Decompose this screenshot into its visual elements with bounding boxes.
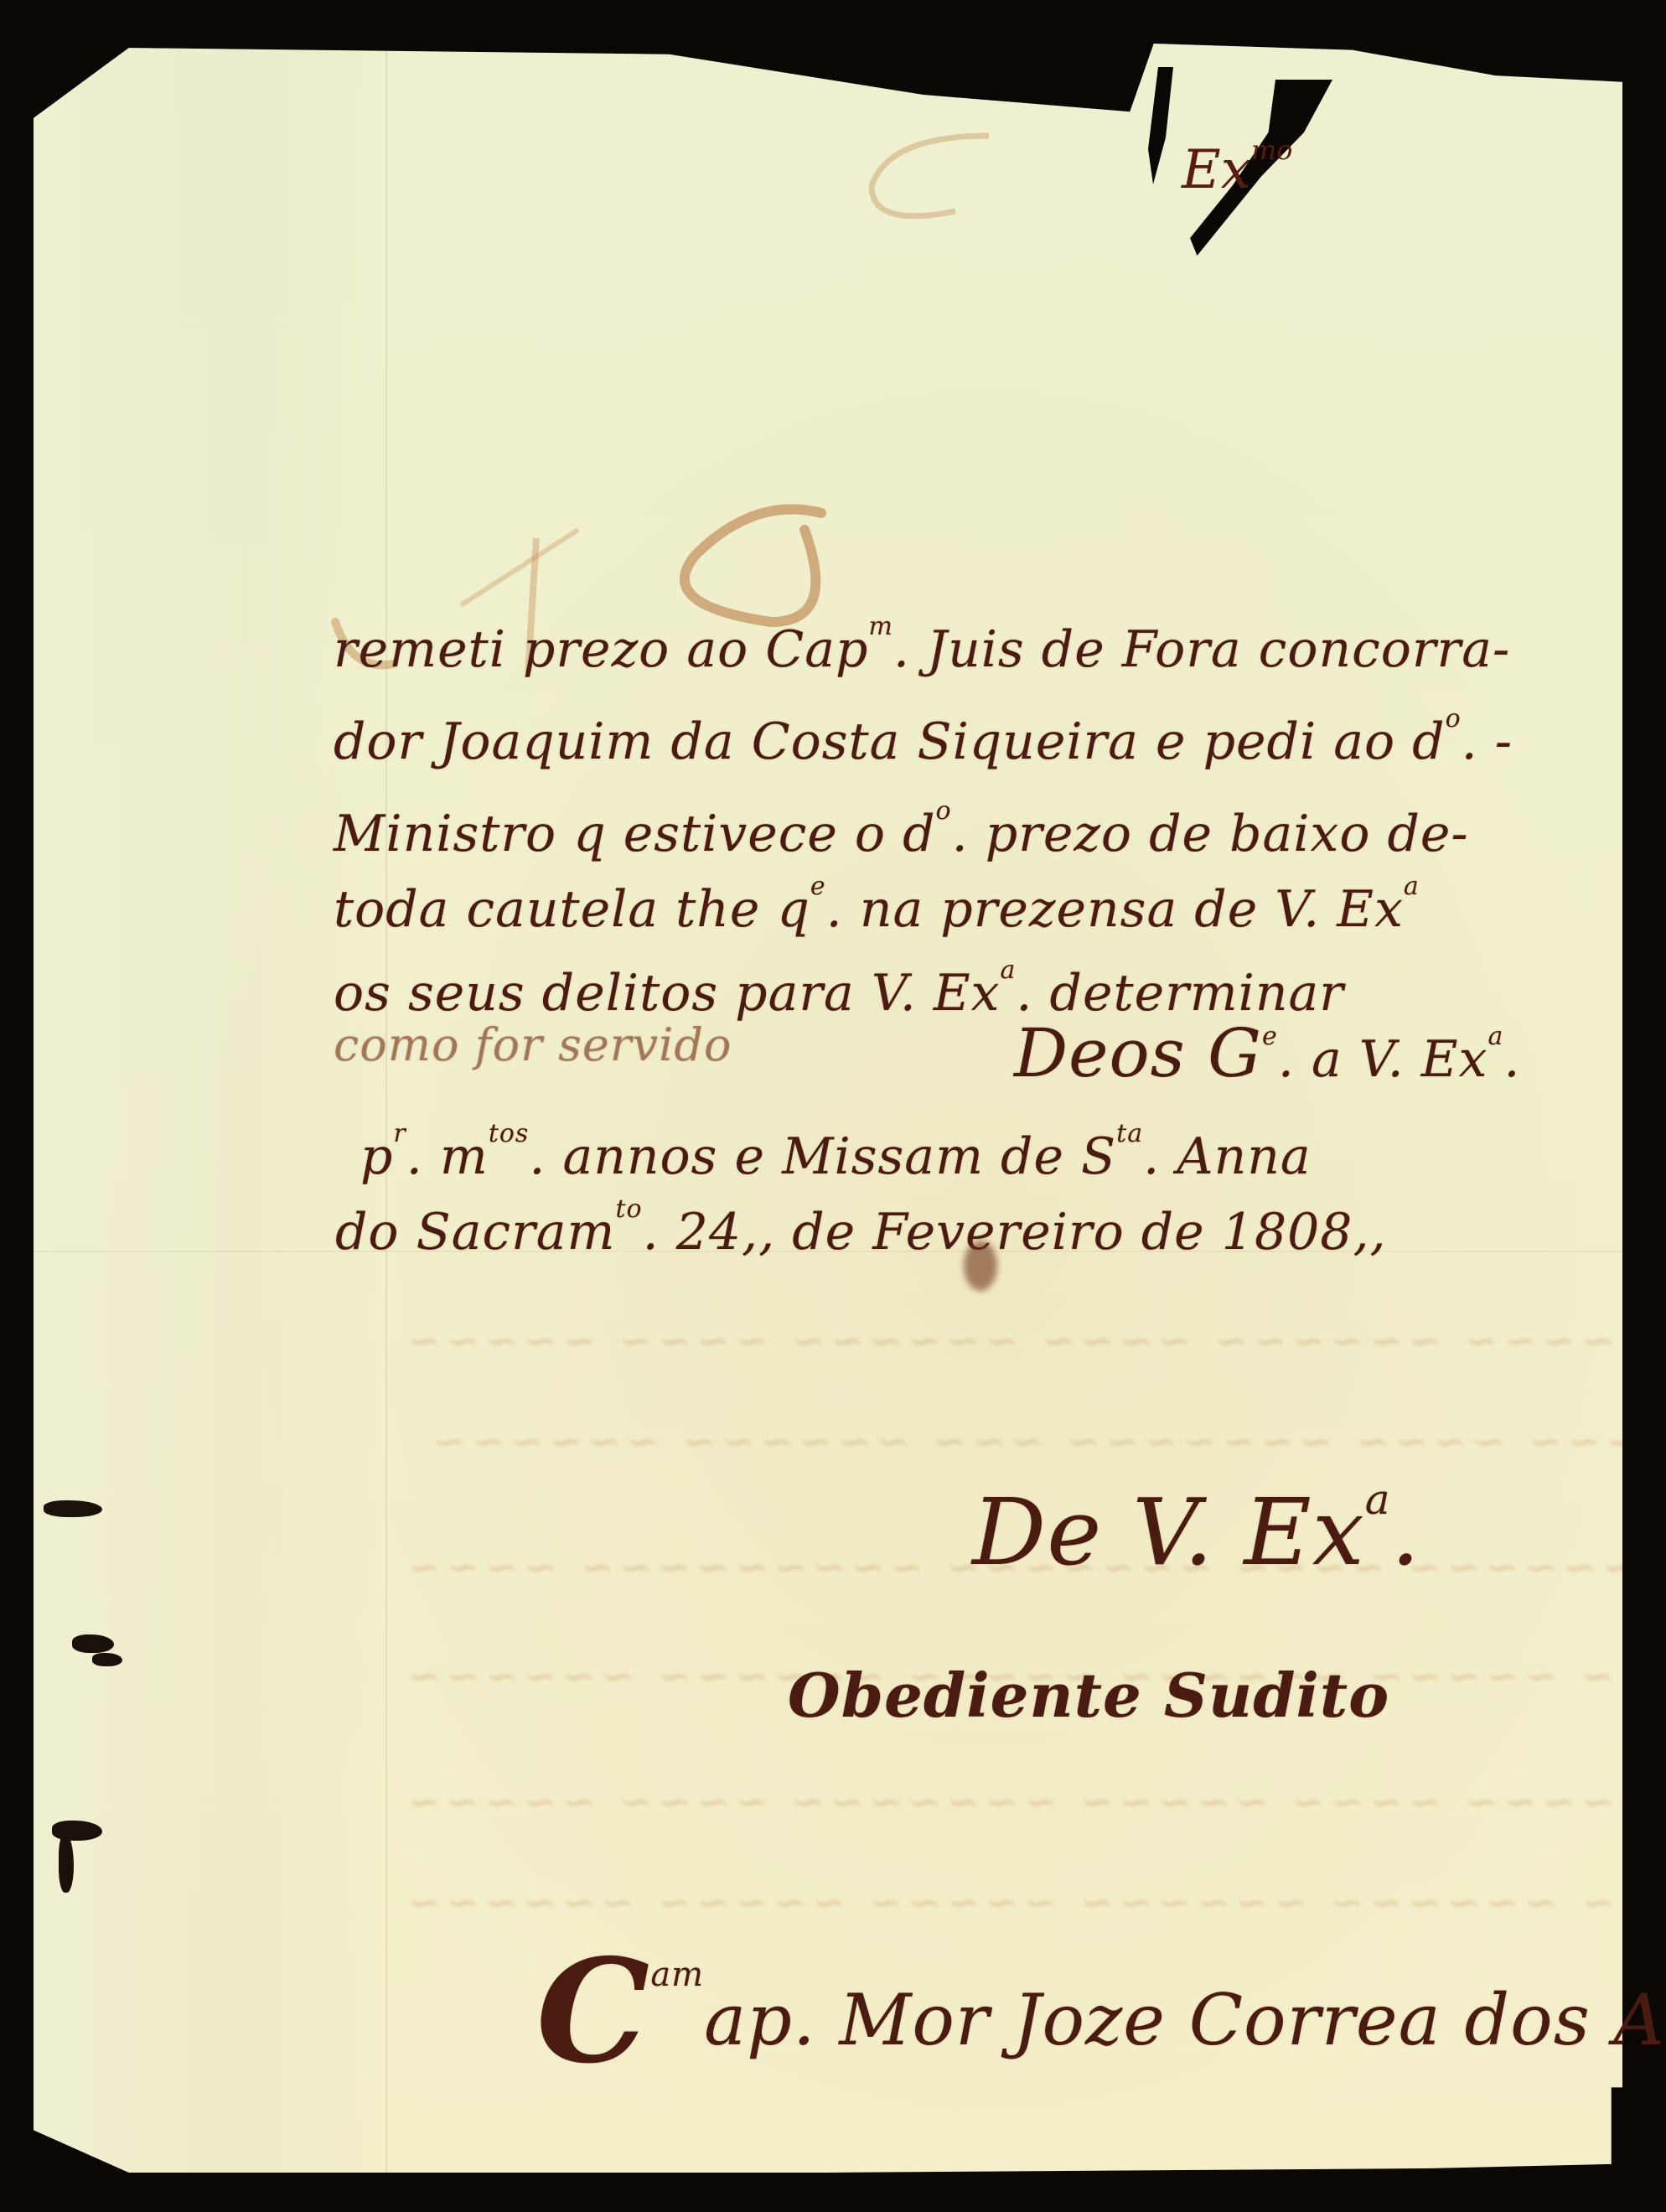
paper-hole	[52, 1821, 102, 1841]
closing-text: Deos G	[1014, 1014, 1262, 1092]
closing-de-vossa-excelencia: De V. Exa.	[972, 1475, 1421, 1586]
line-superscript: a	[1404, 872, 1420, 901]
line-text: . -	[1462, 712, 1513, 771]
body-line-6-left: como for servido	[334, 1018, 732, 1071]
vertical-fold-line	[385, 44, 387, 2173]
body-line-5: os seus delitos para V. Exa. determinar	[334, 956, 1344, 1023]
line-text: toda cautela the q	[334, 880, 810, 939]
bleed-through-line: ~~~ ~~~~~ ~~~~~~ ~~~~ ~~~~~~ ~~~~ ~~~~~	[402, 1318, 1666, 1365]
paper-hole	[72, 1634, 114, 1653]
line-text: como for servido	[334, 1018, 732, 1071]
line-text: Ministro q estivece o d	[334, 805, 936, 863]
body-line-3: Ministro q estivece o do. prezo de baixo…	[334, 796, 1469, 863]
closing-superscript: a	[1487, 1022, 1503, 1051]
signature-superscript: am	[650, 1956, 704, 1994]
closing-from-text: .	[1391, 1479, 1421, 1586]
body-line-2: dor Joaquim da Costa Siqueira e pedi ao …	[334, 704, 1513, 771]
line-text: . m	[406, 1127, 489, 1186]
closing-superscript: e	[1262, 1022, 1278, 1051]
line-superscript: m	[868, 612, 892, 641]
line-text: . prezo de baixo de-	[952, 805, 1469, 863]
body-line-1: remeti prezo ao Capm. Juis de Fora conco…	[334, 612, 1510, 679]
line-text: . 24,, de Fevereiro de 1808,,	[643, 1203, 1387, 1261]
bleed-through-line: ~~~ ~~~~~~ ~~~~~~ ~~~~~ ~~~~~ ~~~~~~	[402, 1879, 1666, 1926]
obediente-sudito: Obediente Sudito	[788, 1660, 1389, 1731]
signature-initial: C	[536, 1928, 650, 2095]
line-text: . Juis de Fora concorra-	[893, 620, 1510, 679]
bleed-through-line: ~~~~~ ~~~~ ~~~~~~~ ~~~ ~~~~~~ ~~~~~~	[427, 1418, 1666, 1465]
closing-text: . a V. Ex	[1278, 1030, 1488, 1089]
line-text: . na prezensa de V. Ex	[826, 880, 1404, 939]
line-superscript: o	[936, 796, 952, 826]
body-line-7: pr. mtos. annos e Missam de Sta. Anna	[360, 1119, 1312, 1186]
salutation-superscript: mo	[1251, 134, 1293, 166]
line-superscript: tos	[489, 1119, 530, 1148]
salutation-text: Ex	[1182, 139, 1251, 201]
subject-line-text: Obediente Sudito	[788, 1660, 1389, 1731]
bleed-through-line: ~~~~~~ ~~~~ ~~~~~ ~~~~~~~ ~~~~ ~~~~~	[402, 1779, 1666, 1826]
line-text: remeti prezo ao Cap	[334, 620, 868, 679]
paper-fold-shading	[34, 44, 385, 2173]
closing-from-text: De V. Ex	[972, 1479, 1365, 1586]
signature: Camap. Mor Joze Correa dos Arojos	[536, 1928, 1666, 2095]
line-text: p	[360, 1127, 393, 1186]
paper-hole	[92, 1653, 122, 1666]
salutation-abbreviation: Exmo	[1182, 134, 1292, 201]
line-superscript: e	[810, 872, 826, 901]
ink-blot	[964, 1241, 997, 1291]
line-superscript: to	[615, 1194, 642, 1224]
line-text: os seus delitos para V. Ex	[334, 964, 1001, 1023]
paper-hole	[44, 1500, 102, 1517]
faint-flourish-mark	[821, 111, 1089, 245]
line-superscript: r	[393, 1119, 406, 1148]
manuscript-page: ~~~ ~~~~~ ~~~~~~ ~~~~ ~~~~~~ ~~~~ ~~~~~ …	[34, 44, 1622, 2173]
line-superscript: a	[1001, 956, 1017, 985]
closing-from-superscript: a	[1365, 1475, 1391, 1524]
line-superscript: ta	[1116, 1119, 1143, 1148]
body-line-4: toda cautela the qe. na prezensa de V. E…	[334, 872, 1420, 939]
line-text: do Sacram	[335, 1203, 615, 1261]
line-text: . Anna	[1143, 1127, 1312, 1186]
line-text: dor Joaquim da Costa Siqueira e pedi ao …	[334, 712, 1446, 771]
closing-formula: Deos Ge. a V. Exa.	[1014, 1014, 1520, 1092]
line-text: . annos e Missam de S	[529, 1127, 1116, 1186]
line-superscript: o	[1446, 704, 1462, 733]
date-line: do Sacramto. 24,, de Fevereiro de 1808,,	[335, 1194, 1387, 1261]
signature-name: ap. Mor Joze Correa dos Arojos	[704, 1979, 1666, 2061]
closing-text: .	[1503, 1030, 1520, 1089]
